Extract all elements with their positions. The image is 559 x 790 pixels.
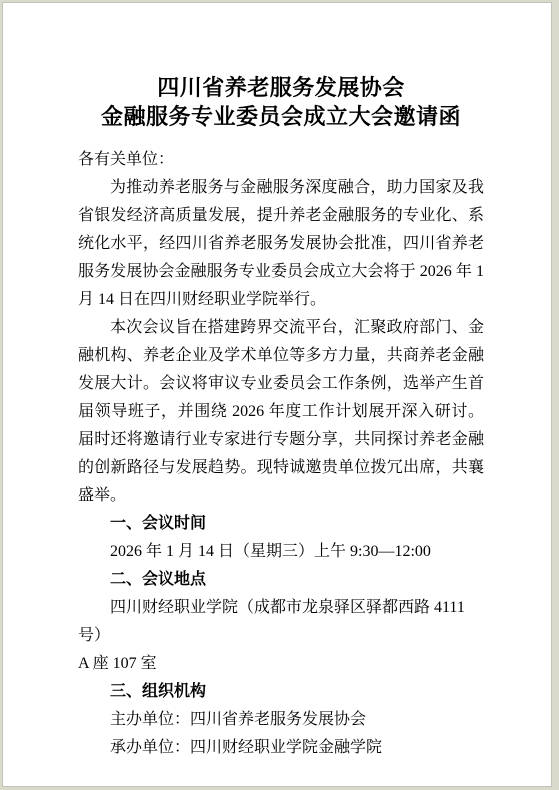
document-title-line2: 金融服务专业委员会成立大会邀请函 xyxy=(78,102,484,131)
meeting-time-value: 2026 年 1 月 14 日（星期三）上午 9:30—12:00 xyxy=(78,538,484,566)
salutation: 各有关单位： xyxy=(78,146,484,174)
section-heading-organization: 三、组织机构 xyxy=(78,678,484,706)
document-title-line1: 四川省养老服务发展协会 xyxy=(78,73,484,102)
meeting-location-line1: 四川财经职业学院（成都市龙泉驿区驿都西路 4111 号） xyxy=(78,594,484,650)
screenshot-viewport: 四川省养老服务发展协会 金融服务专业委员会成立大会邀请函 各有关单位： 为推动养… xyxy=(0,0,559,790)
paragraph-agenda: 本次会议旨在搭建跨界交流平台，汇聚政府部门、金融机构、养老企业及学术单位等多方力… xyxy=(78,314,484,510)
organizer-undertaker: 承办单位：四川财经职业学院金融学院 xyxy=(78,734,484,762)
document-page: 四川省养老服务发展协会 金融服务专业委员会成立大会邀请函 各有关单位： 为推动养… xyxy=(2,2,552,787)
paragraph-intro: 为推动养老服务与金融服务深度融合，助力国家及我省银发经济高质量发展，提升养老金融… xyxy=(78,174,484,314)
meeting-location-line2: A 座 107 室 xyxy=(78,650,484,678)
organizer-host: 主办单位：四川省养老服务发展协会 xyxy=(78,706,484,734)
document-body: 四川省养老服务发展协会 金融服务专业委员会成立大会邀请函 各有关单位： 为推动养… xyxy=(78,73,484,762)
section-heading-meeting-location: 二、会议地点 xyxy=(78,566,484,594)
document-content: 各有关单位： 为推动养老服务与金融服务深度融合，助力国家及我省银发经济高质量发展… xyxy=(78,146,484,762)
section-heading-meeting-time: 一、会议时间 xyxy=(78,510,484,538)
